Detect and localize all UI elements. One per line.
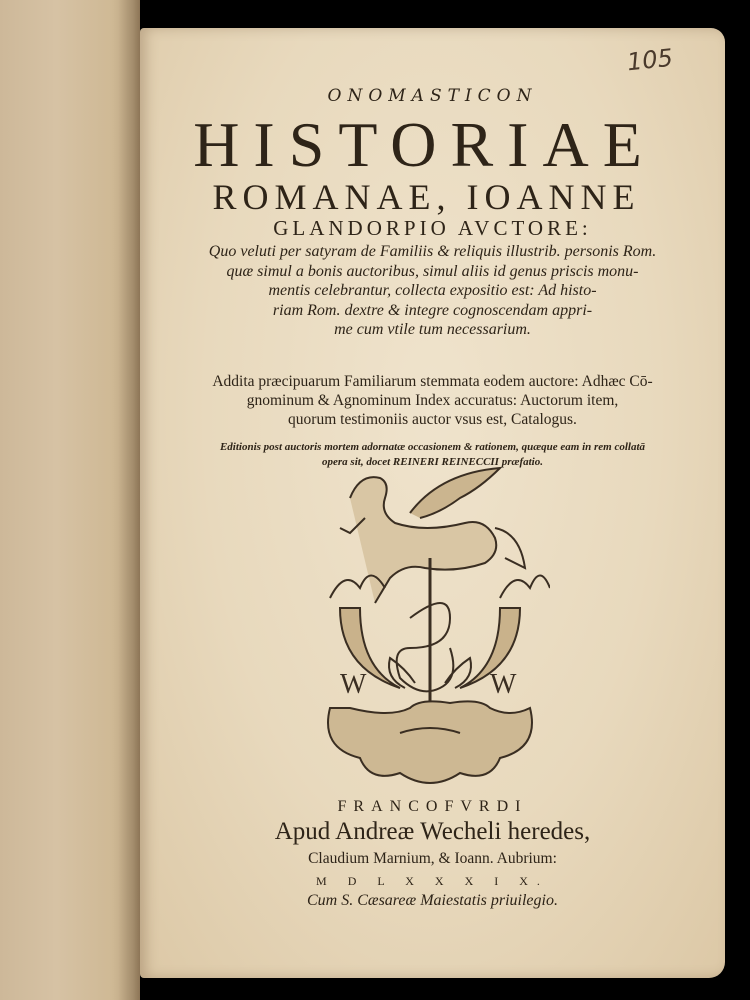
printers-device-emblem-icon: W W [310, 458, 550, 788]
additions-line: quorum testimoniis auctor vsus est, Cata… [140, 410, 725, 429]
manuscript-number: 105 [626, 44, 674, 77]
imprint-publisher: Apud Andreæ Wecheli heredes, [140, 818, 725, 846]
imprint-associates: Claudium Marnium, & Ioann. Aubrium: [140, 850, 725, 868]
title-large: HISTORIAE [132, 108, 717, 182]
svg-text:W: W [490, 669, 517, 700]
svg-text:W: W [340, 669, 367, 700]
description-italic: Quo veluti per satyram de Familiis & rel… [140, 242, 725, 340]
title-line-3: GLANDORPIO AVCTORE: [140, 216, 725, 241]
additions-line: Addita præcipuarum Familiarum stemmata e… [140, 372, 725, 391]
preface-line: Editionis post auctoris mortem adornatæ … [140, 440, 725, 455]
imprint-year: M D L X X X I X. [140, 874, 725, 889]
title-page: 105 ONOMASTICON HISTORIAE ROMANAE, IOANN… [140, 28, 725, 978]
imprint-city: FRANCOFVRDI [140, 798, 725, 816]
description-line: mentis celebrantur, collecta expositio e… [140, 281, 725, 301]
description-line: riam Rom. dextre & integre cognoscendam … [140, 301, 725, 321]
description-line: me cum vtile tum necessarium. [140, 320, 725, 340]
imprint-privilege: Cum S. Cæsareæ Maiestatis priuilegio. [140, 892, 725, 910]
description-line: quæ simul a bonis auctoribus, simul alii… [140, 262, 725, 282]
title-small: ONOMASTICON [140, 86, 725, 106]
additions-block: Addita præcipuarum Familiarum stemmata e… [140, 372, 725, 429]
additions-line: gnominum & Agnominum Index accuratus: Au… [140, 391, 725, 410]
title-line-2: ROMANAE, IOANNE [134, 176, 719, 218]
description-line: Quo veluti per satyram de Familiis & rel… [140, 242, 725, 262]
